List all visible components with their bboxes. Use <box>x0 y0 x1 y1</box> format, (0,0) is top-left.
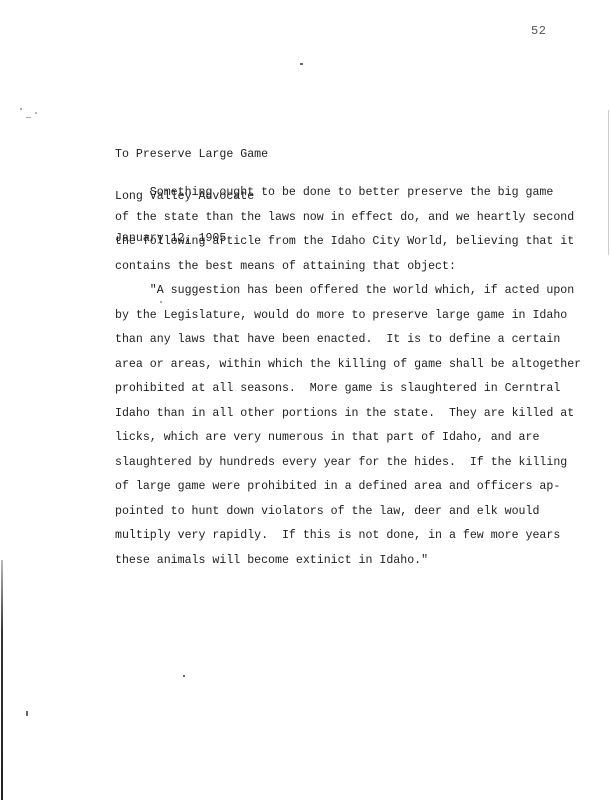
body-line: Something ought to be done to better pre… <box>115 181 585 206</box>
body-line: of the state than the laws now in effect… <box>115 206 585 231</box>
scan-speck <box>183 675 185 677</box>
quote-line: "A suggestion has been offered the world… <box>115 279 585 304</box>
scan-edge-right <box>608 110 609 255</box>
page-number: 52 <box>531 24 546 38</box>
quote-line: Idaho than in all other portions in the … <box>115 402 585 427</box>
scan-speck <box>26 117 31 118</box>
article-body: Something ought to be done to better pre… <box>115 181 585 573</box>
quote-line: these animals will become extinict in Id… <box>115 549 585 574</box>
body-line: contains the best means of attaining tha… <box>115 255 585 280</box>
quote-line: of large game were prohibited in a defin… <box>115 475 585 500</box>
quote-line: multiply very rapidly. If this is not do… <box>115 524 585 549</box>
scan-speck <box>26 711 28 716</box>
scan-speck <box>20 108 22 110</box>
quote-line: pointed to hunt down violators of the la… <box>115 500 585 525</box>
scan-speck <box>300 63 303 65</box>
article-title: To Preserve Large Game <box>115 148 268 162</box>
quote-line: area or areas, within which the killing … <box>115 353 585 378</box>
quote-line: prohibited at all seasons. More game is … <box>115 377 585 402</box>
quote-line: slaughtered by hundreds every year for t… <box>115 451 585 476</box>
scan-speck <box>35 112 37 114</box>
quote-line: by the Legislature, would do more to pre… <box>115 304 585 329</box>
scan-edge-left <box>1 560 3 800</box>
quote-line: than any laws that have been enacted. It… <box>115 328 585 353</box>
quote-line: licks, which are very numerous in that p… <box>115 426 585 451</box>
body-line: the following article from the Idaho Cit… <box>115 230 585 255</box>
